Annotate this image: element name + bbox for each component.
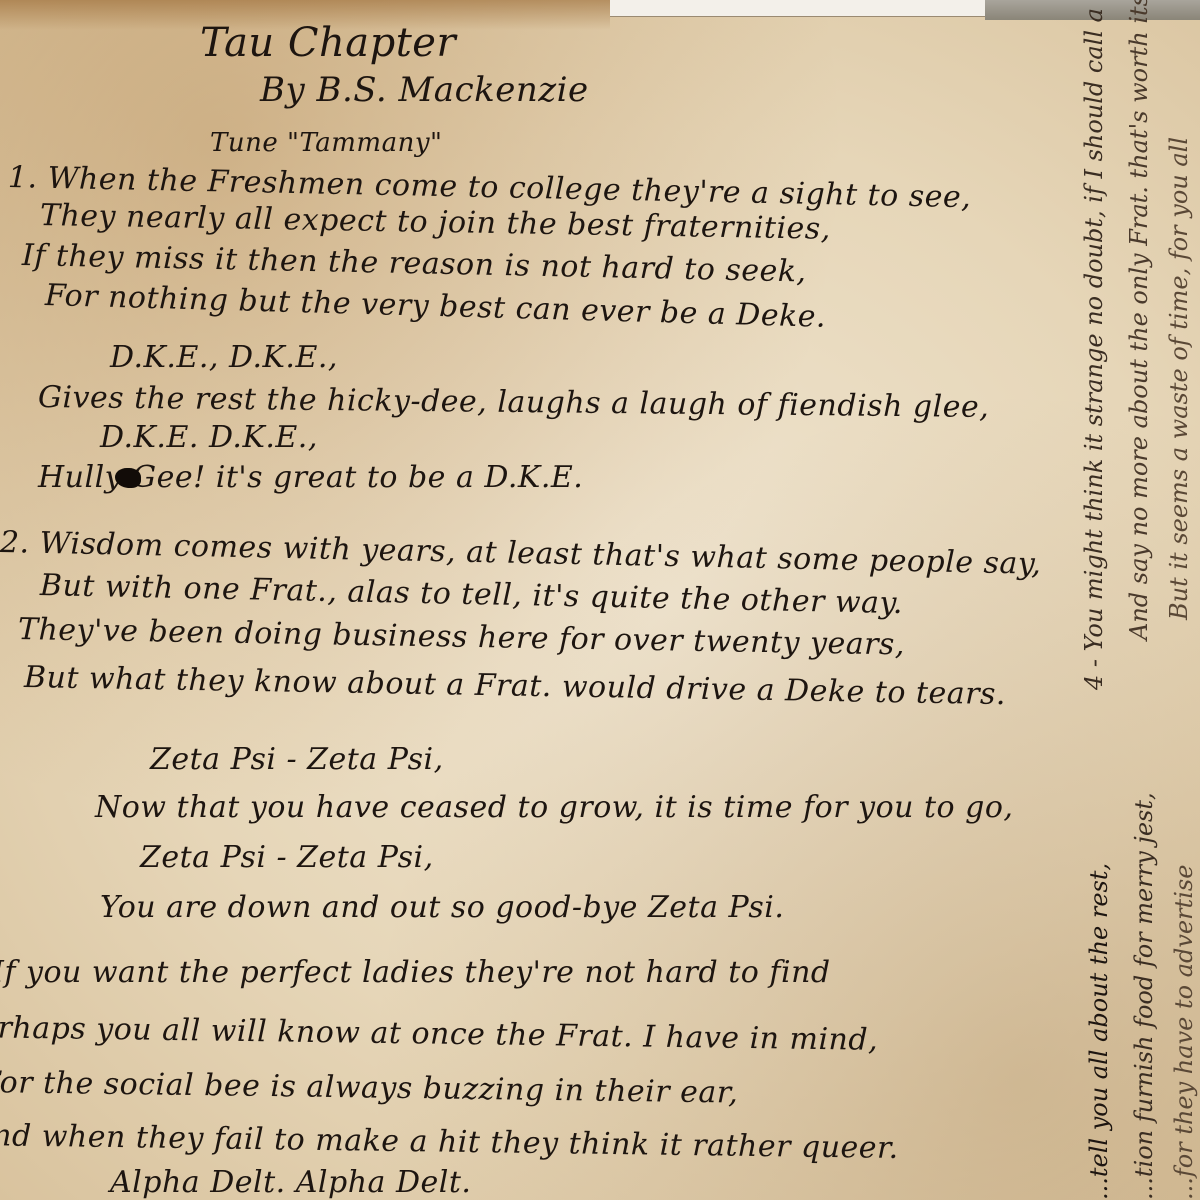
margin-note-2: And say no more about the only Frat. tha… xyxy=(1125,0,1153,640)
margin-note-5: ...tion furnish food for merry jest, xyxy=(1130,792,1158,1200)
margin-note-4: ...tell you all about the rest, xyxy=(1085,863,1113,1200)
verse-2-chorus-2: Now that you have ceased to grow, it is … xyxy=(95,790,1013,825)
verse-2-chorus-3: Zeta Psi - Zeta Psi, xyxy=(140,840,434,875)
verse-3-line-3: For the social bee is always buzzing in … xyxy=(0,1065,739,1111)
song-title: Tau Chapter xyxy=(200,20,456,66)
verse-3-line-4: And when they fail to make a hit they th… xyxy=(0,1118,899,1166)
verse-2-chorus-4: You are down and out so good-bye Zeta Ps… xyxy=(100,890,784,925)
verse-1-chorus-3: D.K.E. D.K.E., xyxy=(100,420,318,455)
tune-note: Tune "Tammany" xyxy=(210,128,442,158)
verse-2-chorus-1: Zeta Psi - Zeta Psi, xyxy=(150,742,444,777)
verse-3-line-2: Perhaps you all will know at once the Fr… xyxy=(0,1010,878,1058)
ink-blot xyxy=(115,468,141,488)
verse-2-line-4: But what they know about a Frat. would d… xyxy=(24,660,1007,712)
verse-1-chorus-1: D.K.E., D.K.E., xyxy=(110,340,338,375)
margin-note-1: 4 - You might think it strange no doubt,… xyxy=(1080,0,1108,690)
back-sheet xyxy=(610,0,990,17)
verse-3-chorus-1: Alpha Delt. Alpha Delt. xyxy=(110,1165,471,1200)
verse-1-chorus-2: Gives the rest the hicky-dee, laughs a l… xyxy=(38,380,990,425)
manuscript-page: Tau Chapter By B.S. Mackenzie Tune "Tamm… xyxy=(0,0,1200,1200)
verse-3-line-1: If you want the perfect ladies they're n… xyxy=(0,955,831,990)
margin-note-6: ...for they have to advertise xyxy=(1170,865,1198,1200)
verse-2-line-3: They've been doing business here for ove… xyxy=(18,612,906,662)
author-byline: By B.S. Mackenzie xyxy=(260,70,589,110)
margin-note-3: But it seems a waste of time, for you al… xyxy=(1165,137,1193,620)
